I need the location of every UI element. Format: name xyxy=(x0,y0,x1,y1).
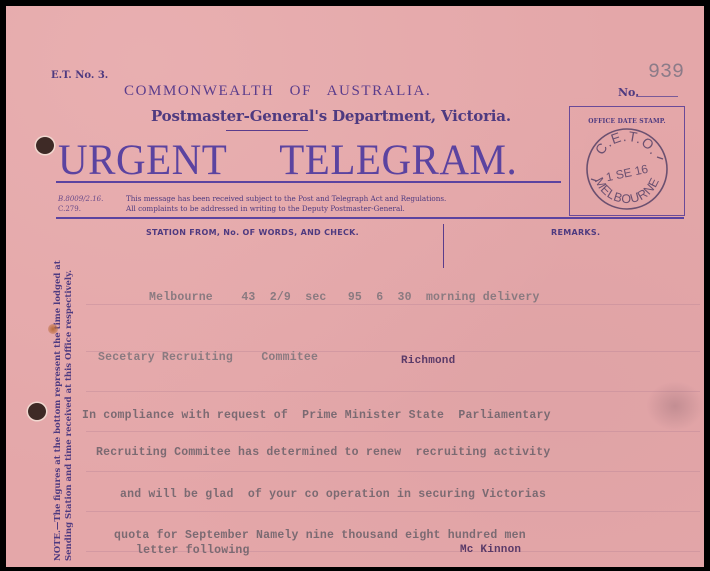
ruled-line xyxy=(86,431,700,432)
title-telegram: TELEGRAM. xyxy=(279,135,517,183)
smudge-mark xyxy=(646,381,704,431)
side-note-line: Sending Station and time received at thi… xyxy=(64,216,75,561)
side-note: NOTE.—The figures at the bottom represen… xyxy=(53,216,75,561)
remarks-column-header: REMARKS. xyxy=(551,228,600,237)
ruled-line xyxy=(86,511,700,512)
addressee-place: Richmond xyxy=(401,355,455,367)
ruled-line xyxy=(86,304,700,305)
addressee: Secetary Recruiting Commitee xyxy=(98,351,318,364)
stain-mark xyxy=(48,324,58,334)
form-code: C.279. xyxy=(58,204,81,214)
notice-line: This message has been received subject t… xyxy=(126,194,446,204)
form-number: E.T. No. 3. xyxy=(51,70,108,81)
telegram-form: E.T. No. 3. COMMONWEALTH OF AUSTRALIA. P… xyxy=(6,6,704,567)
station-line: Melbourne 43 2/9 sec 95 6 30 morning del… xyxy=(149,291,540,304)
page-title: URGENTTELEGRAM. xyxy=(58,134,517,184)
office-date-stamp-box: OFFICE DATE STAMP. C.E.T.O. MELBOURNE 1 … xyxy=(569,106,685,216)
ruled-line xyxy=(86,391,700,392)
message-line: Recruiting Commitee has determined to re… xyxy=(96,446,550,459)
commonwealth-word: COMMONWEALTH xyxy=(124,83,274,99)
notice-line: All complaints to be addressed in writin… xyxy=(126,204,446,214)
department-heading: Postmaster-General's Department, Victori… xyxy=(151,107,511,125)
message-line: quota for September Namely nine thousand… xyxy=(114,529,526,542)
telegram-number: 939 xyxy=(648,61,684,84)
punch-hole-icon xyxy=(28,403,46,420)
of-word: OF xyxy=(290,83,312,99)
australia-word: AUSTRALIA. xyxy=(327,83,432,99)
punch-hole-icon xyxy=(36,137,54,154)
ruled-line xyxy=(86,471,700,472)
station-column-header: STATION FROM, No. OF WORDS, AND CHECK. xyxy=(146,228,359,237)
signature: Mc Kinnon xyxy=(460,544,521,556)
number-line xyxy=(636,96,678,97)
form-code: B.8009/2.16. xyxy=(58,194,103,204)
column-divider xyxy=(443,224,444,268)
message-line: and will be glad of your co operation in… xyxy=(120,488,546,501)
commonwealth-heading: COMMONWEALTH OF AUSTRALIA. xyxy=(124,83,431,100)
side-note-line: NOTE.—The figures at the bottom represen… xyxy=(53,216,64,561)
closing-line: letter following xyxy=(136,544,250,557)
message-line: In compliance with request of Prime Mini… xyxy=(82,409,551,422)
divider xyxy=(56,181,561,183)
divider xyxy=(56,217,684,219)
svg-text:C.E.T.O.: C.E.T.O. xyxy=(592,128,663,158)
postmark-icon: C.E.T.O. MELBOURNE 1 SE 16 xyxy=(575,117,679,213)
number-label: No. xyxy=(618,86,639,99)
divider xyxy=(226,130,308,131)
notice-text: This message has been received subject t… xyxy=(126,194,446,214)
title-urgent: URGENT xyxy=(58,135,227,183)
svg-text:1 SE 16: 1 SE 16 xyxy=(605,162,650,185)
